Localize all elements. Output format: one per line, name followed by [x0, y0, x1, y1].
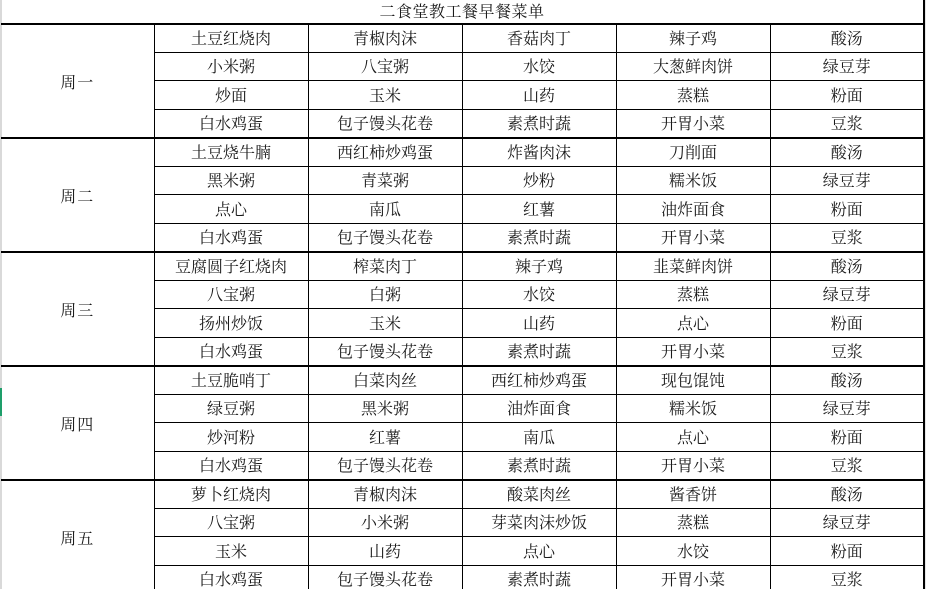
spreadsheet: 二食堂教工餐早餐菜单 周一土豆红烧肉青椒肉沫香菇肉丁辣子鸡酸汤小米粥八宝粥水饺大… — [1, 0, 925, 589]
dish-cell[interactable]: 豆浆 — [770, 565, 924, 589]
day-label-cell[interactable]: 周一 — [1, 24, 154, 138]
dish-cell[interactable]: 辣子鸡 — [616, 24, 770, 53]
dish-cell[interactable]: 素煮时蔬 — [462, 337, 616, 366]
breakfast-menu-table: 二食堂教工餐早餐菜单 周一土豆红烧肉青椒肉沫香菇肉丁辣子鸡酸汤小米粥八宝粥水饺大… — [1, 0, 925, 589]
dish-cell[interactable]: 豆浆 — [770, 223, 924, 252]
dish-cell[interactable]: 蒸糕 — [616, 509, 770, 537]
dish-cell[interactable]: 包子馒头花卷 — [308, 565, 462, 589]
day-label-cell[interactable]: 周三 — [1, 252, 154, 366]
dish-cell[interactable]: 西红柿炒鸡蛋 — [462, 366, 616, 395]
menu-row: 周五萝卜红烧肉青椒肉沫酸菜肉丝酱香饼酸汤 — [1, 480, 924, 509]
dish-cell[interactable]: 粉面 — [770, 309, 924, 337]
dish-cell[interactable]: 酸汤 — [770, 366, 924, 395]
menu-row: 周四土豆脆哨丁白菜肉丝西红柿炒鸡蛋现包馄饨酸汤 — [1, 366, 924, 395]
dish-cell[interactable]: 红薯 — [462, 195, 616, 223]
dish-cell[interactable]: 绿豆芽 — [770, 167, 924, 195]
dish-cell[interactable]: 玉米 — [154, 537, 308, 565]
dish-cell[interactable]: 白水鸡蛋 — [154, 337, 308, 366]
dish-cell[interactable]: 糯米饭 — [616, 395, 770, 423]
dish-cell[interactable]: 白水鸡蛋 — [154, 109, 308, 138]
dish-cell[interactable]: 粉面 — [770, 423, 924, 451]
day-label-cell[interactable]: 周四 — [1, 366, 154, 480]
dish-cell[interactable]: 粉面 — [770, 81, 924, 109]
dish-cell[interactable]: 辣子鸡 — [462, 252, 616, 281]
dish-cell[interactable]: 包子馒头花卷 — [308, 451, 462, 480]
dish-cell[interactable]: 白水鸡蛋 — [154, 451, 308, 480]
dish-cell[interactable]: 青椒肉沫 — [308, 480, 462, 509]
dish-cell[interactable]: 八宝粥 — [308, 53, 462, 81]
dish-cell[interactable]: 山药 — [462, 309, 616, 337]
dish-cell[interactable]: 酸汤 — [770, 138, 924, 167]
menu-row: 周三豆腐圆子红烧肉榨菜肉丁辣子鸡韭菜鲜肉饼酸汤 — [1, 252, 924, 281]
dish-cell[interactable]: 酸汤 — [770, 480, 924, 509]
dish-cell[interactable]: 包子馒头花卷 — [308, 109, 462, 138]
dish-cell[interactable]: 白水鸡蛋 — [154, 223, 308, 252]
dish-cell[interactable]: 山药 — [462, 81, 616, 109]
dish-cell[interactable]: 萝卜红烧肉 — [154, 480, 308, 509]
dish-cell[interactable]: 土豆脆哨丁 — [154, 366, 308, 395]
dish-cell[interactable]: 素煮时蔬 — [462, 451, 616, 480]
dish-cell[interactable]: 绿豆粥 — [154, 395, 308, 423]
menu-title[interactable]: 二食堂教工餐早餐菜单 — [1, 0, 924, 24]
dish-cell[interactable]: 青椒肉沫 — [308, 24, 462, 53]
dish-cell[interactable]: 水饺 — [616, 537, 770, 565]
dish-cell[interactable]: 玉米 — [308, 309, 462, 337]
dish-cell[interactable]: 南瓜 — [308, 195, 462, 223]
dish-cell[interactable]: 刀削面 — [616, 138, 770, 167]
title-row: 二食堂教工餐早餐菜单 — [1, 0, 924, 24]
dish-cell[interactable]: 白菜肉丝 — [308, 366, 462, 395]
dish-cell[interactable]: 土豆红烧肉 — [154, 24, 308, 53]
dish-cell[interactable]: 素煮时蔬 — [462, 223, 616, 252]
dish-cell[interactable]: 开胃小菜 — [616, 451, 770, 480]
dish-cell[interactable]: 炒面 — [154, 81, 308, 109]
menu-row: 周一土豆红烧肉青椒肉沫香菇肉丁辣子鸡酸汤 — [1, 24, 924, 53]
dish-cell[interactable]: 炒河粉 — [154, 423, 308, 451]
dish-cell[interactable]: 油炸面食 — [616, 195, 770, 223]
dish-cell[interactable]: 韭菜鲜肉饼 — [616, 252, 770, 281]
dish-cell[interactable]: 绿豆芽 — [770, 281, 924, 309]
dish-cell[interactable]: 素煮时蔬 — [462, 565, 616, 589]
dish-cell[interactable]: 糯米饭 — [616, 167, 770, 195]
dish-cell[interactable]: 酱香饼 — [616, 480, 770, 509]
dish-cell[interactable]: 红薯 — [308, 423, 462, 451]
dish-cell[interactable]: 土豆烧牛腩 — [154, 138, 308, 167]
dish-cell[interactable]: 绿豆芽 — [770, 395, 924, 423]
dish-cell[interactable]: 八宝粥 — [154, 281, 308, 309]
dish-cell[interactable]: 扬州炒饭 — [154, 309, 308, 337]
dish-cell[interactable]: 开胃小菜 — [616, 565, 770, 589]
dish-cell[interactable]: 香菇肉丁 — [462, 24, 616, 53]
dish-cell[interactable]: 西红柿炒鸡蛋 — [308, 138, 462, 167]
dish-cell[interactable]: 点心 — [616, 423, 770, 451]
dish-cell[interactable]: 黑米粥 — [154, 167, 308, 195]
sheet-gridline-area — [925, 0, 931, 589]
dish-cell[interactable]: 酸汤 — [770, 24, 924, 53]
dish-cell[interactable]: 豆浆 — [770, 337, 924, 366]
dish-cell[interactable]: 绿豆芽 — [770, 53, 924, 81]
dish-cell[interactable]: 小米粥 — [154, 53, 308, 81]
dish-cell[interactable]: 蒸糕 — [616, 281, 770, 309]
dish-cell[interactable]: 油炸面食 — [462, 395, 616, 423]
dish-cell[interactable]: 白粥 — [308, 281, 462, 309]
dish-cell[interactable]: 青菜粥 — [308, 167, 462, 195]
dish-cell[interactable]: 现包馄饨 — [616, 366, 770, 395]
dish-cell[interactable]: 炸酱肉沫 — [462, 138, 616, 167]
dish-cell[interactable]: 素煮时蔬 — [462, 109, 616, 138]
dish-cell[interactable]: 水饺 — [462, 281, 616, 309]
dish-cell[interactable]: 开胃小菜 — [616, 223, 770, 252]
dish-cell[interactable]: 粉面 — [770, 195, 924, 223]
dish-cell[interactable]: 水饺 — [462, 53, 616, 81]
dish-cell[interactable]: 芽菜肉沫炒饭 — [462, 509, 616, 537]
dish-cell[interactable]: 蒸糕 — [616, 81, 770, 109]
dish-cell[interactable]: 炒粉 — [462, 167, 616, 195]
dish-cell[interactable]: 小米粥 — [308, 509, 462, 537]
dish-cell[interactable]: 豆浆 — [770, 109, 924, 138]
dish-cell[interactable]: 包子馒头花卷 — [308, 223, 462, 252]
dish-cell[interactable]: 开胃小菜 — [616, 109, 770, 138]
dish-cell[interactable]: 点心 — [462, 537, 616, 565]
dish-cell[interactable]: 白水鸡蛋 — [154, 565, 308, 589]
dish-cell[interactable]: 酸汤 — [770, 252, 924, 281]
dish-cell[interactable]: 点心 — [616, 309, 770, 337]
dish-cell[interactable]: 酸菜肉丝 — [462, 480, 616, 509]
menu-row: 周二土豆烧牛腩西红柿炒鸡蛋炸酱肉沫刀削面酸汤 — [1, 138, 924, 167]
dish-cell[interactable]: 南瓜 — [462, 423, 616, 451]
dish-cell[interactable]: 榨菜肉丁 — [308, 252, 462, 281]
dish-cell[interactable]: 八宝粥 — [154, 509, 308, 537]
dish-cell[interactable]: 玉米 — [308, 81, 462, 109]
dish-cell[interactable]: 大葱鲜肉饼 — [616, 53, 770, 81]
dish-cell[interactable]: 粉面 — [770, 537, 924, 565]
dish-cell[interactable]: 开胃小菜 — [616, 337, 770, 366]
dish-cell[interactable]: 包子馒头花卷 — [308, 337, 462, 366]
dish-cell[interactable]: 豆浆 — [770, 451, 924, 480]
day-label-cell[interactable]: 周五 — [1, 480, 154, 589]
dish-cell[interactable]: 山药 — [308, 537, 462, 565]
day-label-cell[interactable]: 周二 — [1, 138, 154, 252]
dish-cell[interactable]: 豆腐圆子红烧肉 — [154, 252, 308, 281]
dish-cell[interactable]: 绿豆芽 — [770, 509, 924, 537]
dish-cell[interactable]: 点心 — [154, 195, 308, 223]
dish-cell[interactable]: 黑米粥 — [308, 395, 462, 423]
